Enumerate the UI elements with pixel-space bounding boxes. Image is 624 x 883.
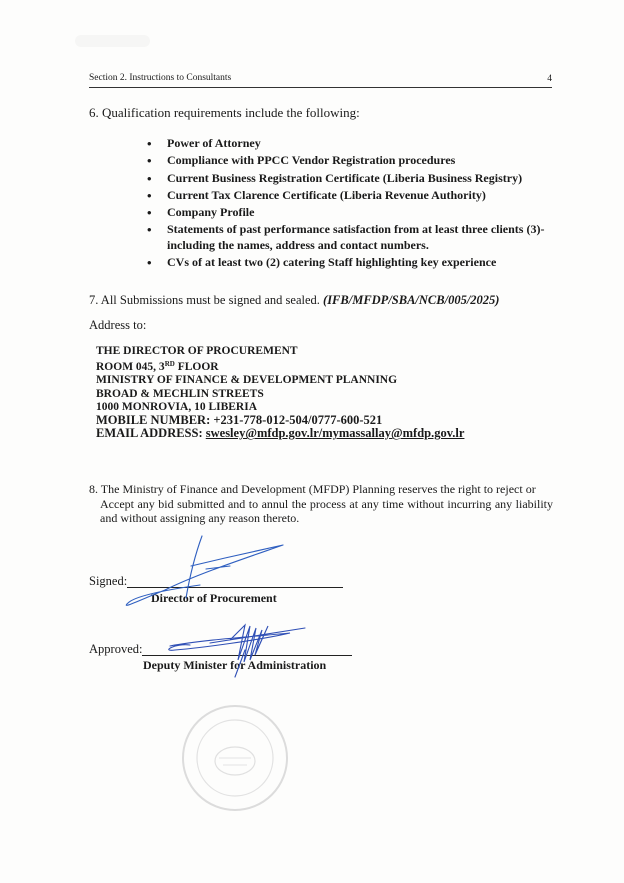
deputy-signature xyxy=(169,625,305,677)
director-signature xyxy=(126,536,283,605)
handwritten-signatures xyxy=(0,0,624,883)
embossed-seal xyxy=(175,703,295,813)
